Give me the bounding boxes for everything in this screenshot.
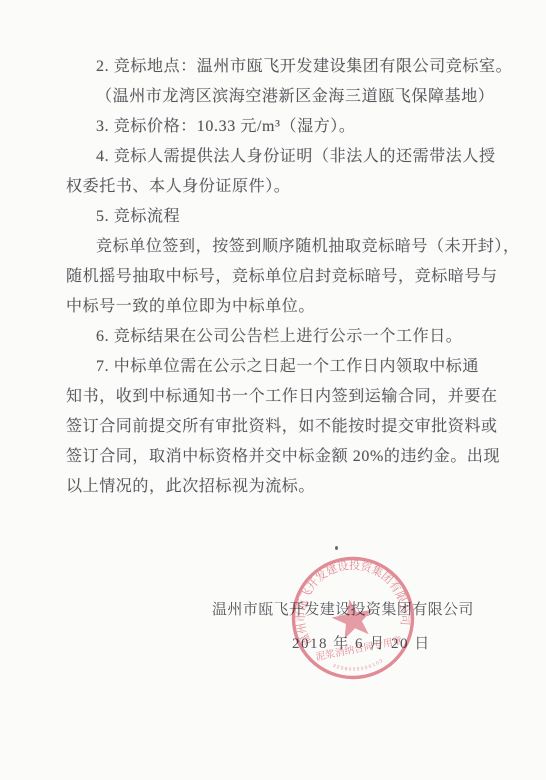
document-line: 4. 竞标人需提供法人身份证明（非法人的还需带法人授 (66, 142, 514, 172)
document-line: 竞标单位签到，按签到顺序随机抽取竞标暗号（未开封）， (66, 232, 514, 262)
document-line: 3. 竞标价格：10.33 元/m³（湿方）。 (66, 112, 514, 142)
seal-banner-text: 泥浆消纳合同专用章 (314, 634, 403, 664)
scan-artifact-speck (335, 546, 338, 550)
document-line: 中标号一致的单位即为中标单位。 (66, 292, 514, 322)
document-line: 2. 竞标地点：温州市瓯飞开发建设集团有限公司竞标室。 (66, 52, 514, 82)
document-line: 以上情况的，此次招标视为流标。 (66, 472, 514, 502)
document-body: 2. 竞标地点：温州市瓯飞开发建设集团有限公司竞标室。 （温州市龙湾区滨海空港新… (66, 52, 514, 502)
star-icon (329, 595, 377, 640)
company-seal-stamp: 温州市瓯飞开发建设投资集团有限公司 泥浆消纳合同专用章 320805000010… (277, 542, 429, 694)
document-line: 签订合同，取消中标资格并交中标金额 20%的违约金。出现 (66, 442, 514, 472)
document-line: （温州市龙湾区滨海空港新区金海三道瓯飞保障基地） (66, 82, 514, 112)
scanned-document-page: 2. 竞标地点：温州市瓯飞开发建设集团有限公司竞标室。 （温州市龙湾区滨海空港新… (0, 0, 546, 780)
document-line: 知书，收到中标通知书一个工作日内签到运输合同，并要在 (66, 382, 514, 412)
document-line: 权委托书、本人身份证原件）。 (66, 172, 514, 202)
document-line: 随机摇号抽取中标号，竞标单位启封竞标暗号，竞标暗号与 (66, 262, 514, 292)
document-line: 5. 竞标流程 (66, 202, 514, 232)
document-line: 6. 竞标结果在公司公告栏上进行公示一个工作日。 (66, 322, 514, 352)
document-line: 签订合同前提交所有审批资料，如不能按时提交审批资料或 (66, 412, 514, 442)
document-line: 7. 中标单位需在公示之日起一个工作日内领取中标通 (66, 352, 514, 382)
